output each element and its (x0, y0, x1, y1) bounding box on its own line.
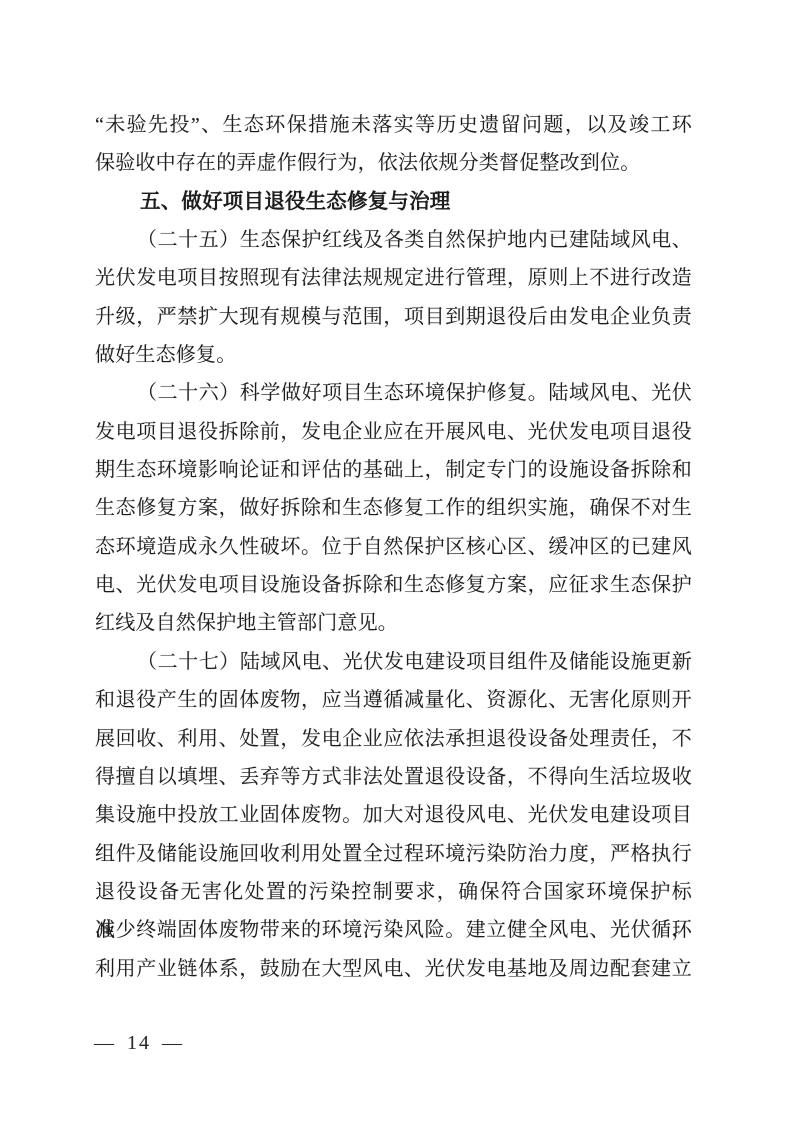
body-line: （二十七）陆域风电、光伏发电建设项目组件及储能设施更新 (95, 643, 692, 681)
body-line: 光伏发电项目按照现有法律法规规定进行管理，原则上不进行改造 (95, 259, 692, 297)
body-line: 态环境造成永久性破坏。位于自然保护区核心区、缓冲区的已建风 (95, 528, 692, 566)
body-line: 生态修复方案，做好拆除和生态修复工作的组织实施，确保不对生 (95, 489, 692, 527)
body-line: 和退役产生的固体废物，应当遵循减量化、资源化、无害化原则开 (95, 681, 692, 719)
body-line: 展回收、利用、处置，发电企业应依法承担退役设备处理责任，不 (95, 720, 692, 758)
body-line: 发电项目退役拆除前，发电企业应在开展风电、光伏发电项目退役 (95, 413, 692, 451)
body-line: 电、光伏发电项目设施设备拆除和生态修复方案，应征求生态保护 (95, 566, 692, 604)
document-page: “未验先投”、生态环保措施未落实等历史遗留问题，以及竣工环 保验收中存在的弄虚作… (0, 0, 794, 1123)
document-text-block: “未验先投”、生态环保措施未落实等历史遗留问题，以及竣工环 保验收中存在的弄虚作… (95, 106, 692, 988)
section-heading: 五、做好项目退役生态修复与治理 (95, 183, 692, 221)
body-line: 期生态环境影响论证和评估的基础上，制定专门的设施设备拆除和 (95, 451, 692, 489)
body-line: “未验先投”、生态环保措施未落实等历史遗留问题，以及竣工环 (95, 106, 692, 144)
body-line: 利用产业链体系，鼓励在大型风电、光伏发电基地及周边配套建立 (95, 950, 692, 988)
body-line: （二十六）科学做好项目生态环境保护修复。陆域风电、光伏 (95, 374, 692, 412)
body-line: 减少终端固体废物带来的环境污染风险。建立健全风电、光伏循环 (95, 911, 692, 949)
body-line: 升级，严禁扩大现有规模与范围，项目到期退役后由发电企业负责 (95, 298, 692, 336)
page-number: — 14 — (94, 1030, 184, 1056)
body-line: （二十五）生态保护红线及各类自然保护地内已建陆域风电、 (95, 221, 692, 259)
body-line: 保验收中存在的弄虚作假行为，依法依规分类督促整改到位。 (95, 144, 692, 182)
body-line: 退役设备无害化处置的污染控制要求，确保符合国家环境保护标准， (95, 873, 692, 911)
body-line: 组件及储能设施回收利用处置全过程环境污染防治力度，严格执行 (95, 835, 692, 873)
body-line: 得擅自以填埋、丢弃等方式非法处置退役设备，不得向生活垃圾收 (95, 758, 692, 796)
body-line: 红线及自然保护地主管部门意见。 (95, 604, 692, 642)
body-line: 做好生态修复。 (95, 336, 692, 374)
body-line: 集设施中投放工业固体废物。加大对退役风电、光伏发电建设项目 (95, 796, 692, 834)
